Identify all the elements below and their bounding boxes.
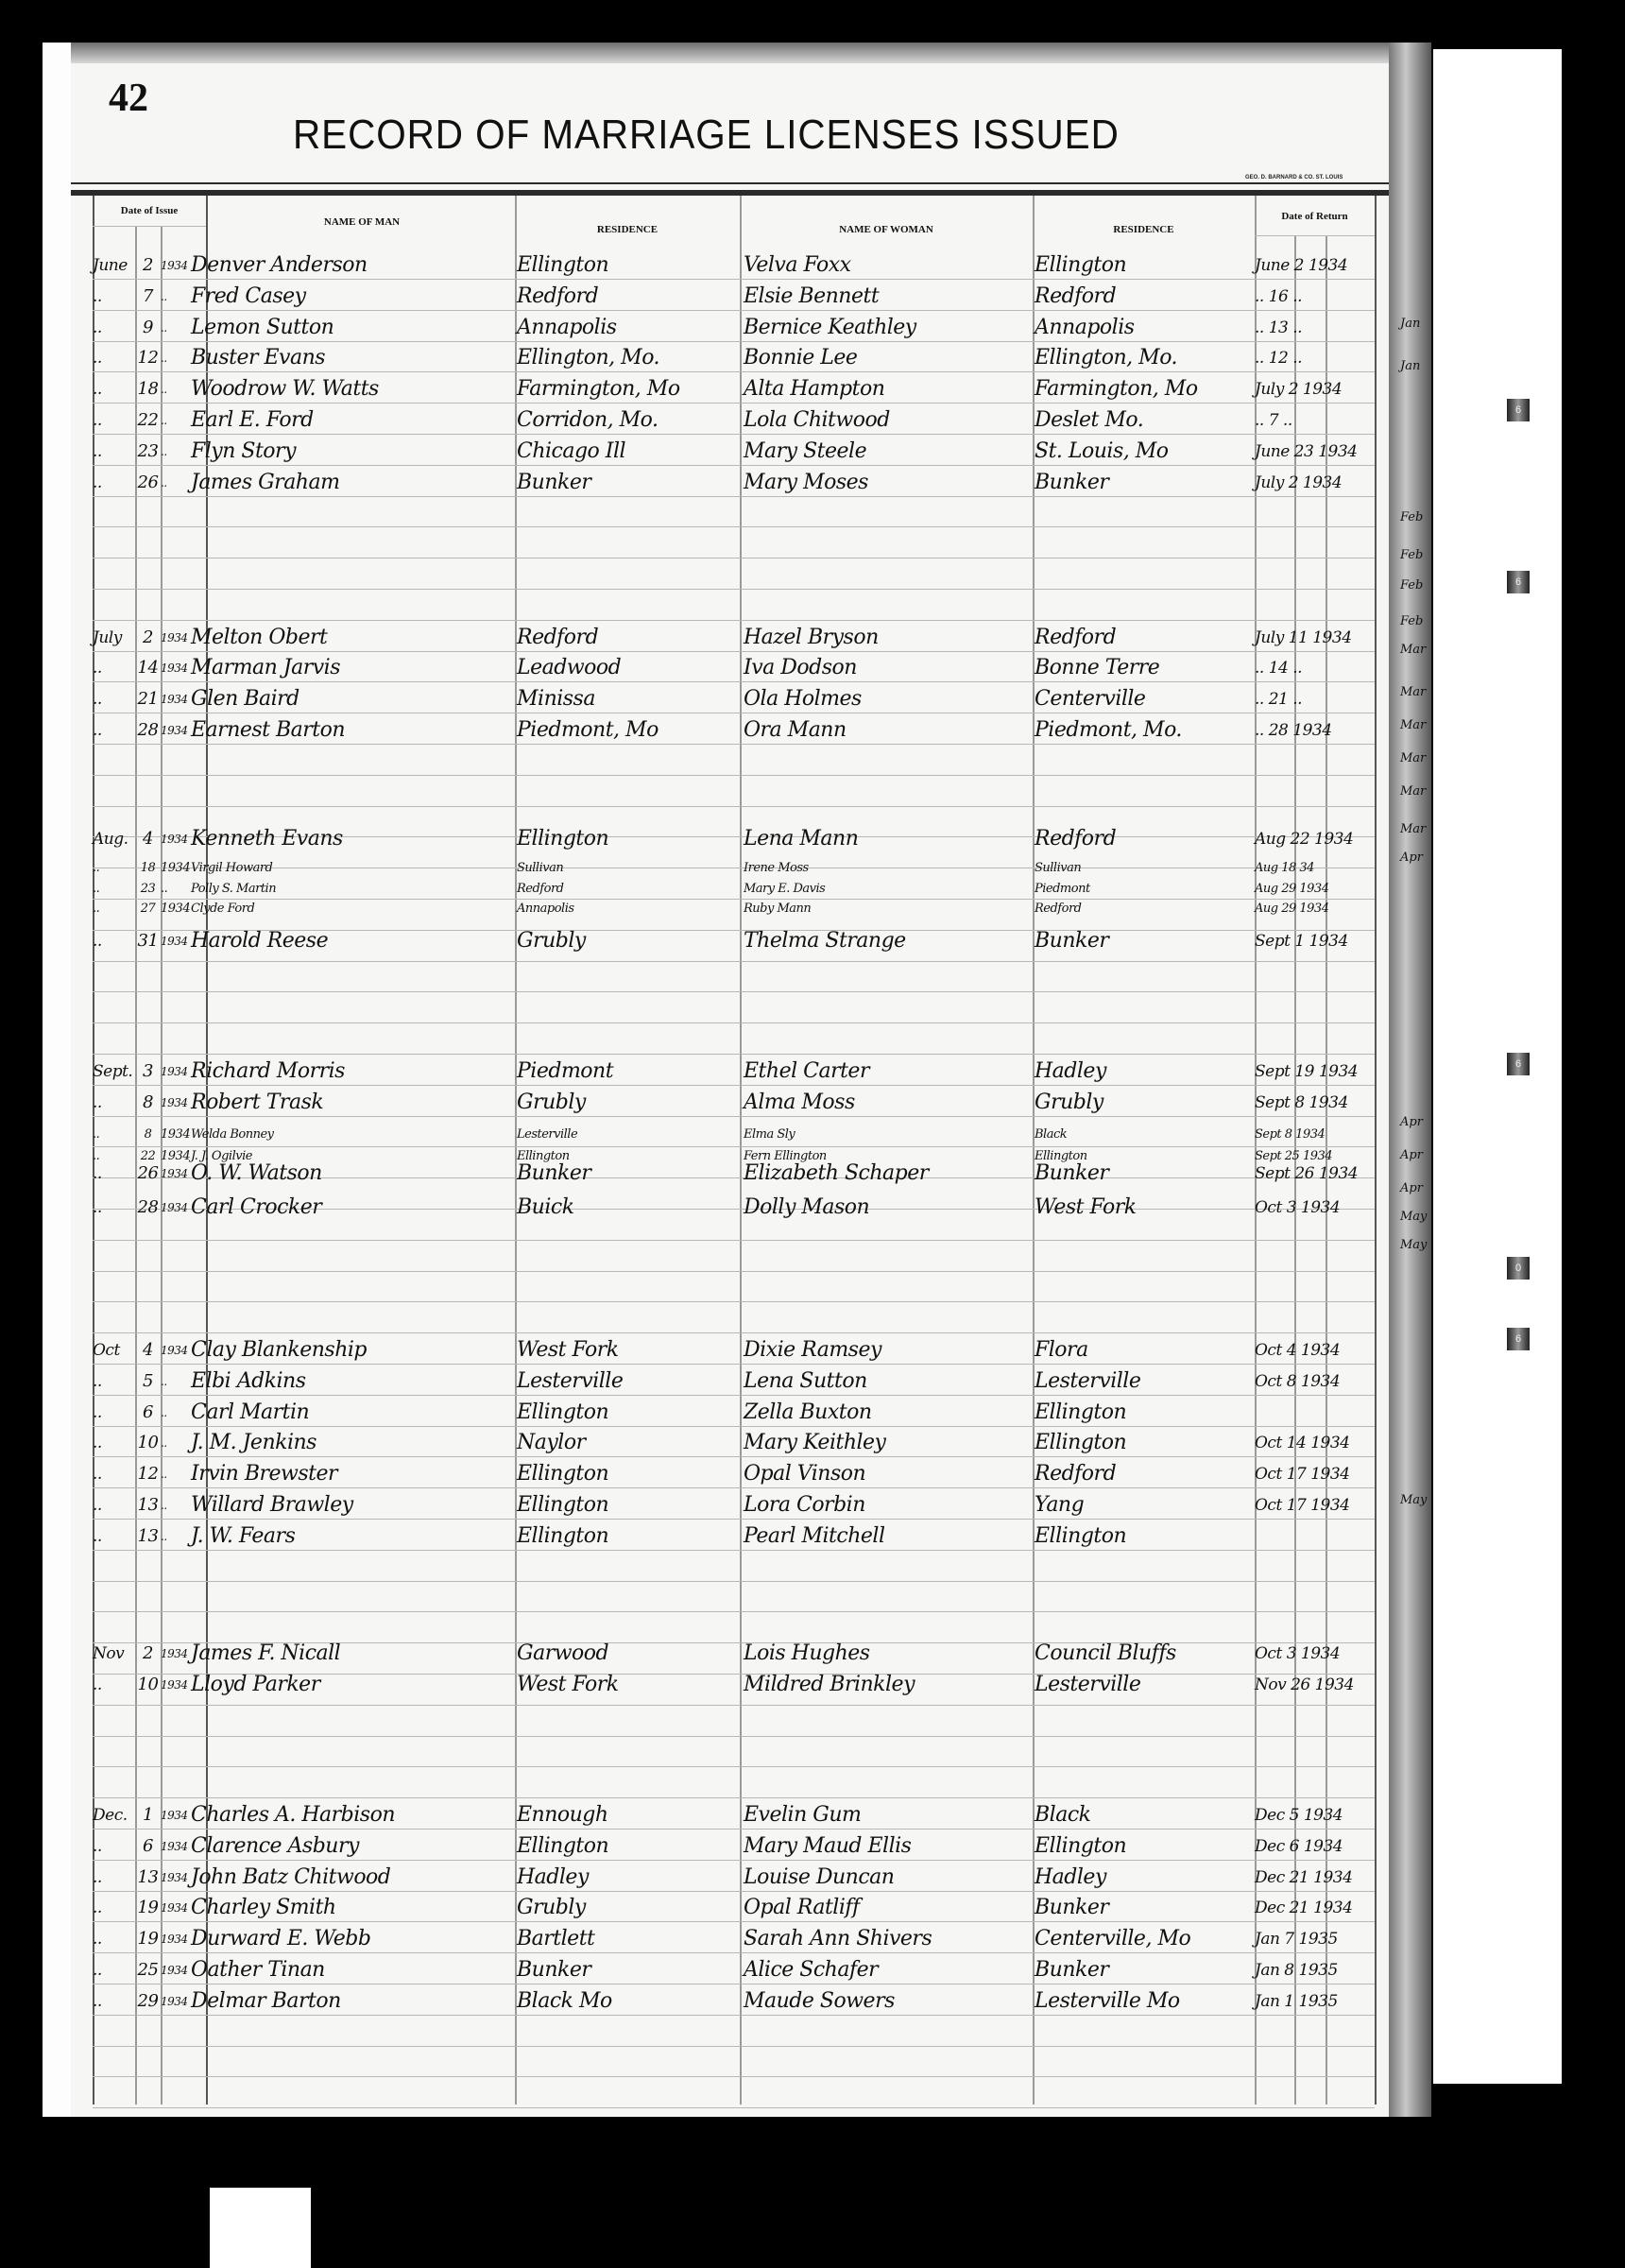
table-row: ..271934Clyde FordAnnapolisRuby MannRedf… — [71, 892, 1389, 922]
cell-woman: Mary Steele — [744, 437, 866, 467]
cell-man-residence: Grubly — [517, 1088, 586, 1118]
cell-woman: Elizabeth Schaper — [744, 1159, 929, 1189]
cell-year: 1934 — [161, 824, 187, 854]
cell-woman-residence: Ellington — [1035, 1521, 1126, 1552]
cell-woman: Bonnie Lee — [744, 343, 857, 373]
table-row: Sept.31934Richard MorrisPiedmontEthel Ca… — [71, 1057, 1389, 1087]
cell-man-residence: Black Mo — [517, 1986, 612, 2017]
cell-day: 19 — [135, 1893, 161, 1923]
tab-marker: 6 — [1507, 399, 1530, 421]
cell-year: .. — [161, 313, 187, 343]
cell-day: 2 — [135, 623, 161, 653]
cell-man-residence: Garwood — [517, 1639, 608, 1669]
cell-year: 1934 — [161, 715, 187, 746]
cell-man: Harold Reese — [191, 926, 328, 956]
cell-year: 1934 — [161, 1639, 187, 1669]
cell-man-residence: Ellington, Mo. — [517, 343, 659, 373]
cell-day: 26 — [135, 1159, 161, 1189]
cell-man-residence: Bartlett — [517, 1924, 594, 1954]
cell-year: 1934 — [161, 1335, 187, 1366]
cell-day: 10 — [135, 1670, 161, 1700]
cell-year: 1934 — [161, 1924, 187, 1954]
cell-year: 1934 — [161, 684, 187, 714]
cell-year: 1934 — [161, 902, 187, 917]
ledger-table: Date of Issue NAME OF MAN RESIDENCE NAME… — [71, 196, 1389, 2105]
cell-man-residence: Bunker — [517, 1159, 590, 1189]
cell-woman: Lora Corbin — [744, 1490, 865, 1521]
cell-day: 19 — [135, 1924, 161, 1954]
cell-returned: Dec 21 1934 — [1255, 1863, 1352, 1893]
cell-returned: July 2 1934 — [1255, 468, 1342, 498]
cell-day: 27 — [135, 902, 161, 917]
cell-woman-residence: Centerville, Mo — [1035, 1924, 1190, 1954]
cell-returned: Nov 26 1934 — [1255, 1670, 1354, 1700]
cell-returned: Oct 17 1934 — [1255, 1490, 1350, 1521]
table-row: Oct41934Clay BlankenshipWest ForkDixie R… — [71, 1335, 1389, 1366]
cell-returned: June 2 1934 — [1255, 250, 1347, 281]
cell-returned: Oct 3 1934 — [1255, 1193, 1340, 1223]
margin-note: Feb — [1400, 614, 1423, 628]
row-rule — [93, 526, 1375, 527]
cell-woman: Louise Duncan — [744, 1863, 894, 1893]
cell-man-residence: Bunker — [517, 1955, 590, 1985]
cell-man: James F. Nicall — [191, 1639, 340, 1669]
rule-thin — [71, 182, 1389, 184]
cell-year: .. — [161, 1459, 187, 1489]
cell-man-residence: Lesterville — [517, 1366, 623, 1397]
cell-day: 22 — [135, 405, 161, 436]
cell-returned: Jan 8 1935 — [1255, 1955, 1338, 1985]
cell-man-residence: Grubly — [517, 926, 586, 956]
tab-marker: 6 — [1507, 1053, 1530, 1075]
cell-woman-residence: Piedmont, Mo. — [1035, 715, 1182, 746]
cell-day: 6 — [135, 1831, 161, 1862]
cell-day: 7 — [135, 282, 161, 312]
row-rule — [93, 806, 1375, 807]
margin-note: Feb — [1400, 548, 1423, 562]
cell-woman: Alta Hampton — [744, 374, 884, 404]
cell-year: .. — [161, 1398, 187, 1428]
row-rule — [93, 1581, 1375, 1582]
cell-man: Robert Trask — [191, 1088, 323, 1118]
cell-woman: Elsie Bennett — [744, 282, 879, 312]
cell-man: Melton Obert — [191, 623, 327, 653]
cell-month: .. — [93, 1955, 135, 1985]
cell-day: 21 — [135, 684, 161, 714]
header-rule — [93, 226, 206, 227]
table-row: ..18..Woodrow W. WattsFarmington, MoAlta… — [71, 374, 1389, 404]
table-row: Aug.41934Kenneth EvansEllingtonLena Mann… — [71, 824, 1389, 854]
cell-year: 1934 — [161, 1159, 187, 1189]
row-rule — [93, 2107, 1375, 2108]
cell-day: 3 — [135, 1057, 161, 1087]
cell-man: J. W. Fears — [191, 1521, 295, 1552]
cell-man: Clay Blankenship — [191, 1335, 367, 1366]
cell-day: 10 — [135, 1428, 161, 1458]
cell-year: 1934 — [161, 1831, 187, 1862]
cell-man: Irvin Brewster — [191, 1459, 337, 1489]
cell-returned: June 23 1934 — [1255, 437, 1357, 467]
cell-man: Carl Martin — [191, 1398, 309, 1428]
cell-year: .. — [161, 437, 187, 467]
cell-woman: Opal Ratliff — [744, 1893, 860, 1923]
cell-woman-residence: Redford — [1035, 824, 1116, 854]
cell-woman: Dolly Mason — [744, 1193, 869, 1223]
cell-returned: .. 14 .. — [1255, 653, 1302, 683]
row-rule — [93, 961, 1375, 962]
cell-man: Elbi Adkins — [191, 1366, 306, 1397]
cell-year: 1934 — [161, 1088, 187, 1118]
cell-woman: Bernice Keathley — [744, 313, 916, 343]
cell-man: Oather Tinan — [191, 1955, 325, 1985]
cell-day: 29 — [135, 1986, 161, 2017]
table-row: ..261934O. W. WatsonBunkerElizabeth Scha… — [71, 1159, 1389, 1189]
cell-month: .. — [93, 313, 135, 343]
table-row: ..281934Carl CrockerBuickDolly MasonWest… — [71, 1193, 1389, 1223]
cell-day: 12 — [135, 343, 161, 373]
cell-man-residence: Buick — [517, 1193, 574, 1223]
cell-woman: Iva Dodson — [744, 653, 857, 683]
cell-month: .. — [93, 1893, 135, 1923]
cell-woman: Opal Vinson — [744, 1459, 865, 1489]
cell-month: .. — [93, 1159, 135, 1189]
cell-woman-residence: Hadley — [1035, 1863, 1106, 1893]
cell-returned: Sept 8 1934 — [1255, 1088, 1348, 1118]
cell-woman: Alma Moss — [744, 1088, 855, 1118]
cell-man-residence: West Fork — [517, 1670, 619, 1700]
table-row: ..281934Earnest BartonPiedmont, MoOra Ma… — [71, 715, 1389, 746]
cell-returned: Sept 1 1934 — [1255, 926, 1348, 956]
row-rule — [93, 558, 1375, 558]
cell-year: 1934 — [161, 1986, 187, 2017]
cell-year: 1934 — [161, 1670, 187, 1700]
cell-woman: Lena Mann — [744, 824, 858, 854]
cell-woman-residence: Hadley — [1035, 1057, 1106, 1087]
cell-month: .. — [93, 1428, 135, 1458]
cell-month: .. — [93, 1986, 135, 2017]
cell-man: Kenneth Evans — [191, 824, 343, 854]
cell-woman-residence: Bunker — [1035, 926, 1108, 956]
table-row: ..131934John Batz ChitwoodHadleyLouise D… — [71, 1863, 1389, 1893]
cell-woman-residence: Ellington — [1035, 1428, 1126, 1458]
cell-month: .. — [93, 926, 135, 956]
row-rule — [93, 1611, 1375, 1612]
cell-woman-residence: Black — [1035, 1800, 1090, 1830]
row-rule — [93, 775, 1375, 776]
header-residence-man: RESIDENCE — [515, 224, 740, 235]
cell-month: .. — [93, 468, 135, 498]
table-row: ..191934Durward E. WebbBartlettSarah Ann… — [71, 1924, 1389, 1954]
table-row: ..26..James GrahamBunkerMary MosesBunker… — [71, 468, 1389, 498]
table-row: ..141934Marman JarvisLeadwoodIva DodsonB… — [71, 653, 1389, 683]
cell-month: .. — [93, 405, 135, 436]
cell-man-residence: Ellington — [517, 1521, 608, 1552]
cell-month: .. — [93, 1863, 135, 1893]
cell-man: Earnest Barton — [191, 715, 345, 746]
cell-returned: .. 16 .. — [1255, 282, 1302, 312]
margin-note: Mar — [1400, 822, 1426, 836]
row-rule — [93, 1054, 1375, 1055]
cell-month: .. — [93, 715, 135, 746]
cell-woman-residence: Lesterville Mo — [1035, 1986, 1180, 2017]
cell-man-residence: Minissa — [517, 684, 595, 714]
cell-day: 18 — [135, 374, 161, 404]
table-row: ..6..Carl MartinEllingtonZella BuxtonEll… — [71, 1398, 1389, 1428]
cell-man: O. W. Watson — [191, 1159, 322, 1189]
cell-month: .. — [93, 684, 135, 714]
cell-woman-residence: Lesterville — [1035, 1670, 1140, 1700]
header-date-of-return: Date of Return — [1255, 211, 1375, 222]
margin-note: Jan — [1400, 359, 1420, 373]
cell-man-residence: Naylor — [517, 1428, 586, 1458]
row-rule — [93, 2046, 1375, 2047]
cell-day: 28 — [135, 715, 161, 746]
cell-man-residence: Annapolis — [517, 313, 617, 343]
cell-month: .. — [93, 1521, 135, 1552]
cell-woman: Lois Hughes — [744, 1639, 870, 1669]
cell-man-residence: Piedmont, Mo — [517, 715, 659, 746]
cell-year: .. — [161, 405, 187, 436]
cell-returned: .. 7 .. — [1255, 405, 1292, 436]
table-row: ..10..J. M. JenkinsNaylorMary KeithleyEl… — [71, 1428, 1389, 1458]
margin-note: Jan — [1400, 317, 1420, 331]
table-row: ..13..J. W. FearsEllingtonPearl Mitchell… — [71, 1521, 1389, 1552]
cell-day: 13 — [135, 1521, 161, 1552]
row-rule — [93, 1022, 1375, 1023]
cell-day: 4 — [135, 1335, 161, 1366]
cell-man: Carl Crocker — [191, 1193, 321, 1223]
cell-returned: July 2 1934 — [1255, 374, 1342, 404]
cell-man: Charles A. Harbison — [191, 1800, 395, 1830]
table-row: ..12..Irvin BrewsterEllingtonOpal Vinson… — [71, 1459, 1389, 1489]
cell-woman: Mildred Brinkley — [744, 1670, 915, 1700]
cell-woman-residence: Redford — [1035, 623, 1116, 653]
cell-month: .. — [93, 1490, 135, 1521]
cell-man-residence: Redford — [517, 623, 598, 653]
cell-month: .. — [93, 282, 135, 312]
cell-woman-residence: Yang — [1035, 1490, 1084, 1521]
cell-woman: Dixie Ramsey — [744, 1335, 881, 1366]
cell-man: Clyde Ford — [191, 902, 254, 917]
cell-man-residence: Bunker — [517, 468, 590, 498]
cell-man-residence: Ellington — [517, 824, 608, 854]
cell-year: .. — [161, 374, 187, 404]
header-name-of-man: NAME OF MAN — [206, 216, 518, 228]
cell-woman-residence: Ellington, Mo. — [1035, 343, 1177, 373]
cell-man-residence: Ellington — [517, 1490, 608, 1521]
cell-day: 1 — [135, 1800, 161, 1830]
table-row: ..311934Harold ReeseGrublyThelma Strange… — [71, 926, 1389, 956]
cell-woman: Evelin Gum — [744, 1800, 861, 1830]
cell-woman: Ruby Mann — [744, 902, 811, 917]
cell-woman: Alice Schafer — [744, 1955, 878, 1985]
tab-marker: 6 — [1507, 1328, 1530, 1350]
cell-man: Flyn Story — [191, 437, 296, 467]
cell-woman-residence: Ellington — [1035, 250, 1126, 281]
cell-woman-residence: Bonne Terre — [1035, 653, 1159, 683]
cell-woman-residence: Farmington, Mo — [1035, 374, 1198, 404]
cell-day: 2 — [135, 250, 161, 281]
cell-woman: Ora Mann — [744, 715, 847, 746]
table-row: ..13..Willard BrawleyEllingtonLora Corbi… — [71, 1490, 1389, 1521]
table-row: Dec.11934Charles A. HarbisonEnnoughEveli… — [71, 1800, 1389, 1830]
cell-woman: Mary Keithley — [744, 1428, 885, 1458]
cell-woman: Zella Buxton — [744, 1398, 872, 1428]
cell-month: .. — [93, 1459, 135, 1489]
cell-woman: Maude Sowers — [744, 1986, 895, 2017]
cell-man: Richard Morris — [191, 1057, 345, 1087]
table-row: ..61934Clarence AsburyEllingtonMary Maud… — [71, 1831, 1389, 1862]
printer-imprint: GEO. D. BARNARD & CO. ST. LOUIS — [1245, 175, 1343, 180]
cell-woman-residence: Deslet Mo. — [1035, 405, 1143, 436]
table-row: July21934Melton ObertRedfordHazel Bryson… — [71, 623, 1389, 653]
cell-month: .. — [93, 1398, 135, 1428]
cell-year: 1934 — [161, 1863, 187, 1893]
cell-man: Charley Smith — [191, 1893, 336, 1923]
row-rule — [93, 991, 1375, 992]
cell-year: .. — [161, 1490, 187, 1521]
cell-man: John Batz Chitwood — [191, 1863, 390, 1893]
cell-returned: Sept 19 1934 — [1255, 1057, 1358, 1087]
cell-returned: .. 12 .. — [1255, 343, 1302, 373]
cell-woman-residence: Bunker — [1035, 1893, 1108, 1923]
cell-man: Woodrow W. Watts — [191, 374, 379, 404]
cell-month: .. — [93, 437, 135, 467]
cell-man-residence: Ennough — [517, 1800, 608, 1830]
cell-man: J. M. Jenkins — [191, 1428, 316, 1458]
cell-man-residence: Redford — [517, 282, 598, 312]
cell-woman-residence: Bunker — [1035, 1159, 1108, 1189]
margin-note: Mar — [1400, 685, 1426, 699]
cell-woman-residence: Flora — [1035, 1335, 1088, 1366]
cell-man: Lloyd Parker — [191, 1670, 320, 1700]
cell-day: 6 — [135, 1398, 161, 1428]
cell-year: .. — [161, 468, 187, 498]
cell-month: June — [93, 250, 135, 281]
cell-returned: July 11 1934 — [1255, 623, 1352, 653]
cell-man: Delmar Barton — [191, 1986, 341, 2017]
cell-man-residence: Ellington — [517, 250, 608, 281]
table-row: June21934Denver AndersonEllingtonVelva F… — [71, 250, 1389, 281]
cell-man-residence: West Fork — [517, 1335, 619, 1366]
cell-woman: Thelma Strange — [744, 926, 906, 956]
cell-man-residence: Leadwood — [517, 653, 621, 683]
cell-man: Fred Casey — [191, 282, 306, 312]
cell-year: 1934 — [161, 1893, 187, 1923]
page-number: 42 — [109, 76, 148, 121]
cell-man: Durward E. Webb — [191, 1924, 370, 1954]
margin-note: Feb — [1400, 578, 1423, 593]
row-rule — [93, 2076, 1375, 2077]
cell-year: 1934 — [161, 1955, 187, 1985]
tab-marker: 0 — [1507, 1257, 1530, 1280]
table-row: ..23..Flyn StoryChicago IllMary SteeleSt… — [71, 437, 1389, 467]
cell-woman-residence: Bunker — [1035, 1955, 1108, 1985]
cell-month: .. — [93, 1670, 135, 1700]
cell-woman: Pearl Mitchell — [744, 1521, 884, 1552]
cell-year: 1934 — [161, 1193, 187, 1223]
cell-month: .. — [93, 902, 135, 917]
cell-woman-residence: St. Louis, Mo — [1035, 437, 1169, 467]
margin-note: Mar — [1400, 718, 1426, 732]
row-rule — [93, 1705, 1375, 1706]
cell-day: 13 — [135, 1490, 161, 1521]
cell-year: .. — [161, 1521, 187, 1552]
cell-man-residence: Annapolis — [517, 902, 574, 917]
cell-year: .. — [161, 1428, 187, 1458]
cell-returned: Jan 7 1935 — [1255, 1924, 1338, 1954]
cell-year: .. — [161, 1366, 187, 1397]
cell-woman: Ola Holmes — [744, 684, 862, 714]
row-rule — [93, 1332, 1375, 1333]
cell-month: .. — [93, 1193, 135, 1223]
cell-month: Dec. — [93, 1800, 135, 1830]
cell-returned: Dec 5 1934 — [1255, 1800, 1343, 1830]
cell-man-residence: Ellington — [517, 1398, 608, 1428]
cell-day: 31 — [135, 926, 161, 956]
cell-year: 1934 — [161, 623, 187, 653]
cell-woman: Mary Moses — [744, 468, 868, 498]
margin-note: May — [1400, 1493, 1427, 1507]
side-panel: 6 6 6 0 6 — [1433, 49, 1562, 2084]
cell-month: .. — [93, 653, 135, 683]
cell-day: 28 — [135, 1193, 161, 1223]
margin-note: May — [1400, 1210, 1427, 1224]
margin-note: Mar — [1400, 751, 1426, 765]
cell-day: 4 — [135, 824, 161, 854]
table-row: ..101934Lloyd ParkerWest ForkMildred Bri… — [71, 1670, 1389, 1700]
cell-woman-residence: Centerville — [1035, 684, 1145, 714]
cell-year: 1934 — [161, 653, 187, 683]
cell-day: 23 — [135, 437, 161, 467]
cell-year: .. — [161, 282, 187, 312]
cell-woman: Sarah Ann Shivers — [744, 1924, 932, 1954]
cell-returned: Oct 14 1934 — [1255, 1428, 1350, 1458]
cell-man-residence: Hadley — [517, 1863, 589, 1893]
cell-woman-residence: Ellington — [1035, 1398, 1126, 1428]
cell-year: 1934 — [161, 1057, 187, 1087]
cell-day: 2 — [135, 1639, 161, 1669]
table-row: ..211934Glen BairdMinissaOla HolmesCente… — [71, 684, 1389, 714]
cell-man-residence: Grubly — [517, 1893, 586, 1923]
tab-marker: 6 — [1507, 571, 1530, 593]
cell-man: Lemon Sutton — [191, 313, 334, 343]
table-row: ..22..Earl E. FordCorridon, Mo.Lola Chit… — [71, 405, 1389, 436]
cell-man: Earl E. Ford — [191, 405, 314, 436]
cell-returned: .. 21 .. — [1255, 684, 1302, 714]
cell-returned: Dec 21 1934 — [1255, 1893, 1352, 1923]
cell-man: Clarence Asbury — [191, 1831, 359, 1862]
cell-year: 1934 — [161, 250, 187, 281]
cell-month: Aug. — [93, 824, 135, 854]
cell-man-residence: Ellington — [517, 1459, 608, 1489]
cell-man: Willard Brawley — [191, 1490, 353, 1521]
cell-returned: .. 28 1934 — [1255, 715, 1332, 746]
cell-returned: Oct 8 1934 — [1255, 1366, 1340, 1397]
table-row: ..191934Charley SmithGrublyOpal RatliffB… — [71, 1893, 1389, 1923]
margin-note: Mar — [1400, 643, 1426, 657]
cell-returned: Oct 3 1934 — [1255, 1639, 1340, 1669]
cell-woman-residence: Annapolis — [1035, 313, 1135, 343]
table-row: Nov21934James F. NicallGarwoodLois Hughe… — [71, 1639, 1389, 1669]
margin-note: Apr — [1400, 1148, 1423, 1162]
row-rule — [93, 620, 1375, 621]
row-rule — [93, 1271, 1375, 1272]
cell-woman: Lola Chitwood — [744, 405, 890, 436]
cell-woman: Ethel Carter — [744, 1057, 869, 1087]
margin-note: Apr — [1400, 850, 1423, 865]
cell-returned: Sept 26 1934 — [1255, 1159, 1358, 1189]
